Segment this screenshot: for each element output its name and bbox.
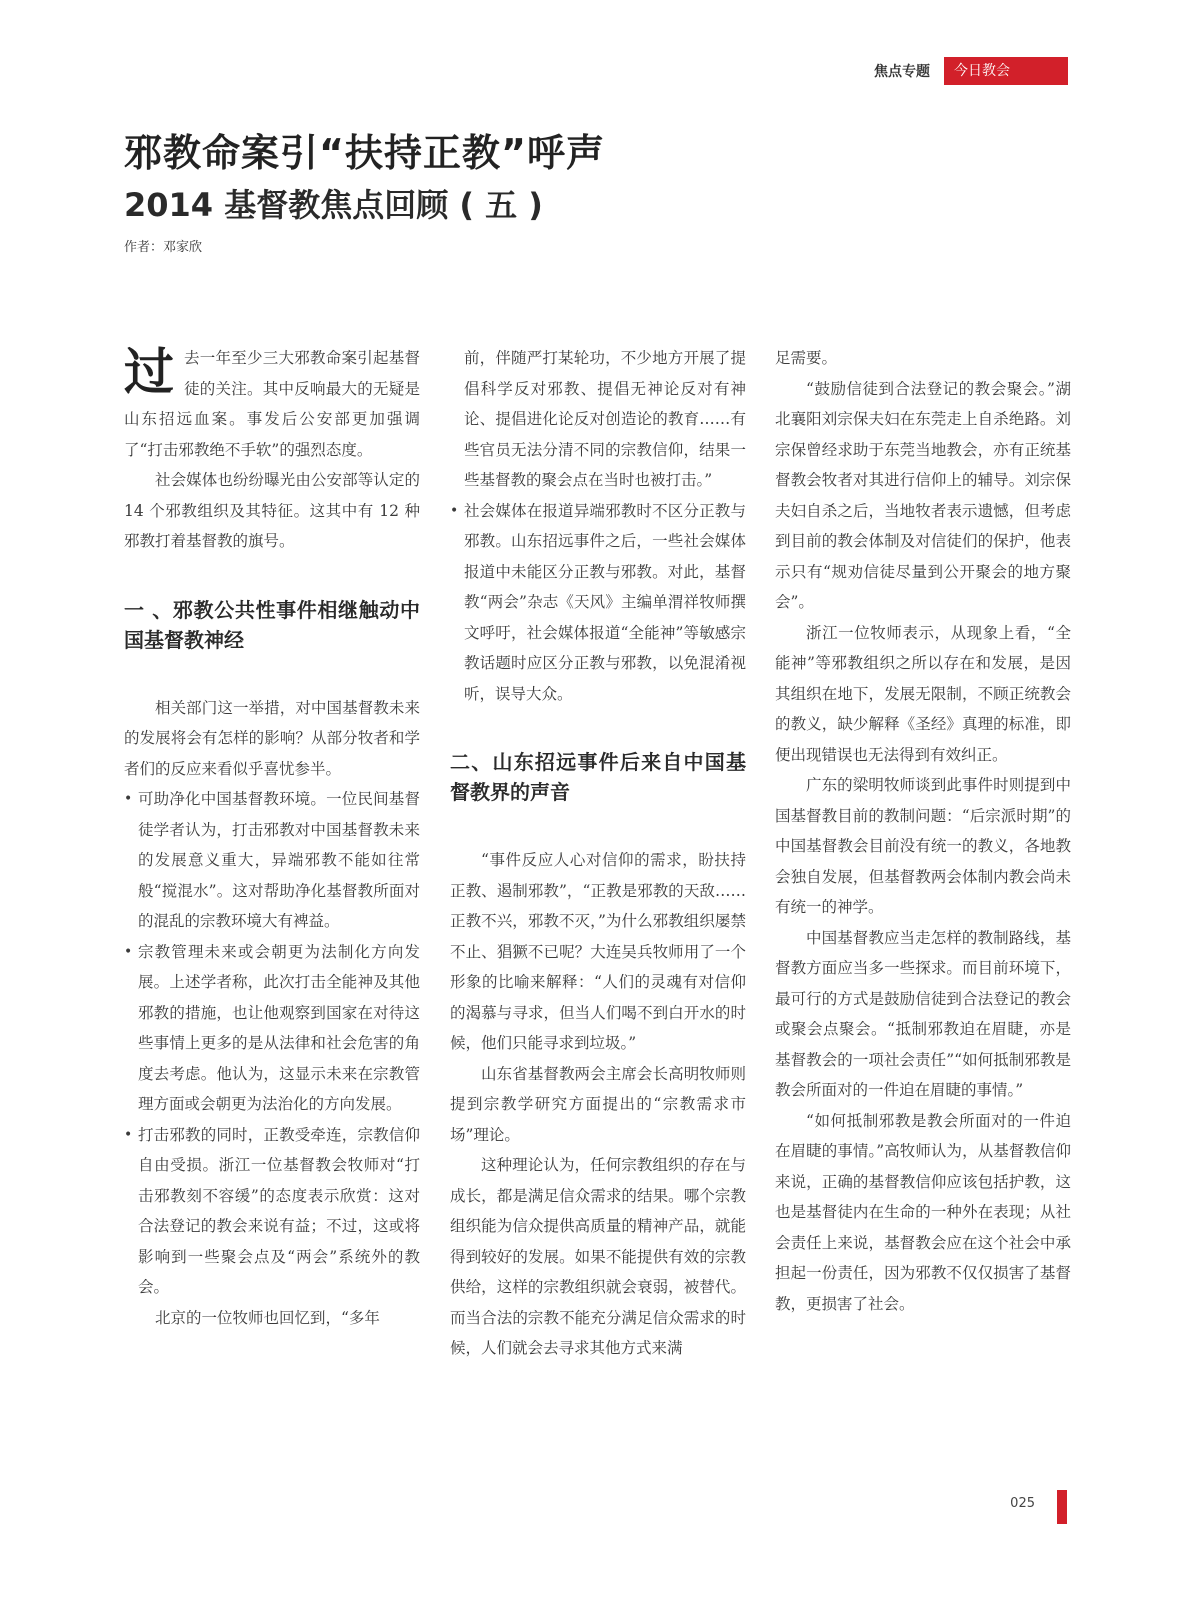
section-heading-1: 一 、邪教公共性事件相继触动中国基督教神经 [124, 595, 420, 655]
section-tag: 今日教会 [944, 57, 1068, 85]
article-title: 邪教命案引“扶持正教”呼声 [124, 122, 605, 177]
column-1: 过 去一年至少三大邪教命案引起基督徒的关注。其中反响最大的无疑是山东招远血案。事… [124, 343, 420, 1333]
paragraph: “鼓励信徒到合法登记的教会聚会。”湖北襄阳刘宗保夫妇在东莞走上自杀绝路。刘宗保曾… [775, 374, 1071, 618]
paragraph: 社会媒体也纷纷曝光由公安部等认定的 14 个邪教组织及其特征。这其中有 12 种… [124, 465, 420, 557]
section-heading-2: 二、山东招远事件后来自中国基督教界的声音 [450, 747, 746, 807]
column-3: 足需要。 “鼓励信徒到合法登记的教会聚会。”湖北襄阳刘宗保夫妇在东莞走上自杀绝路… [775, 343, 1071, 1319]
bullet-item: 可助净化中国基督教环境。一位民间基督徒学者认为，打击邪教对中国基督教未来的发展意… [124, 784, 420, 937]
bullet-item: 社会媒体在报道异端邪教时不区分正教与邪教。山东招远事件之后，一些社会媒体报道中未… [450, 496, 746, 710]
bullet-item: 打击邪教的同时，正教受牵连，宗教信仰自由受损。浙江一位基督教会牧师对“打击邪教刻… [124, 1120, 420, 1303]
byline: 作者：邓家欣 [124, 236, 202, 255]
paragraph: 足需要。 [775, 343, 1071, 374]
paragraph: 广东的梁明牧师谈到此事件时则提到中国基督教目前的教制问题：“后宗派时期”的中国基… [775, 770, 1071, 923]
bullet-item: 宗教管理未来或会朝更为法制化方向发展。上述学者称，此次打击全能神及其他邪教的措施… [124, 937, 420, 1120]
paragraph: 中国基督教应当走怎样的教制路线，基督教方面应当多一些探求。而目前环境下，最可行的… [775, 923, 1071, 1106]
page-header: 焦点专题 今日教会 [874, 57, 1068, 85]
column-2: 前，伴随严打某轮功，不少地方开展了提倡科学反对邪教、提倡无神论反对有神论、提倡进… [450, 343, 746, 1364]
paragraph: 浙江一位牧师表示，从现象上看，“全能神”等邪教组织之所以存在和发展，是因其组织在… [775, 618, 1071, 771]
paragraph: 前，伴随严打某轮功，不少地方开展了提倡科学反对邪教、提倡无神论反对有神论、提倡进… [450, 343, 746, 496]
paragraph: “事件反应人心对信仰的需求，盼扶持正教、遏制邪教”，“正教是邪教的天敌……正教不… [450, 845, 746, 1059]
paragraph: 山东省基督教两会主席会长高明牧师则提到宗教学研究方面提出的“宗教需求市场”理论。 [450, 1059, 746, 1151]
section-label: 焦点专题 [874, 61, 930, 81]
page-number: 025 [1010, 1496, 1035, 1511]
page-marker-bar [1057, 1490, 1067, 1524]
paragraph: “如何抵制邪教是教会所面对的一件迫在眉睫的事情。”高牧师认为，从基督教信仰来说，… [775, 1106, 1071, 1320]
intro-paragraph: 过 去一年至少三大邪教命案引起基督徒的关注。其中反响最大的无疑是山东招远血案。事… [124, 343, 420, 465]
paragraph: 相关部门这一举措，对中国基督教未来的发展将会有怎样的影响？从部分牧者和学者们的反… [124, 693, 420, 785]
paragraph: 北京的一位牧师也回忆到，“多年 [124, 1303, 420, 1334]
paragraph: 这种理论认为，任何宗教组织的存在与成长，都是满足信众需求的结果。哪个宗教组织能为… [450, 1150, 746, 1364]
article-subtitle: 2014 基督教焦点回顾 ( 五 ) [124, 180, 543, 226]
drop-cap: 过 [124, 347, 174, 397]
